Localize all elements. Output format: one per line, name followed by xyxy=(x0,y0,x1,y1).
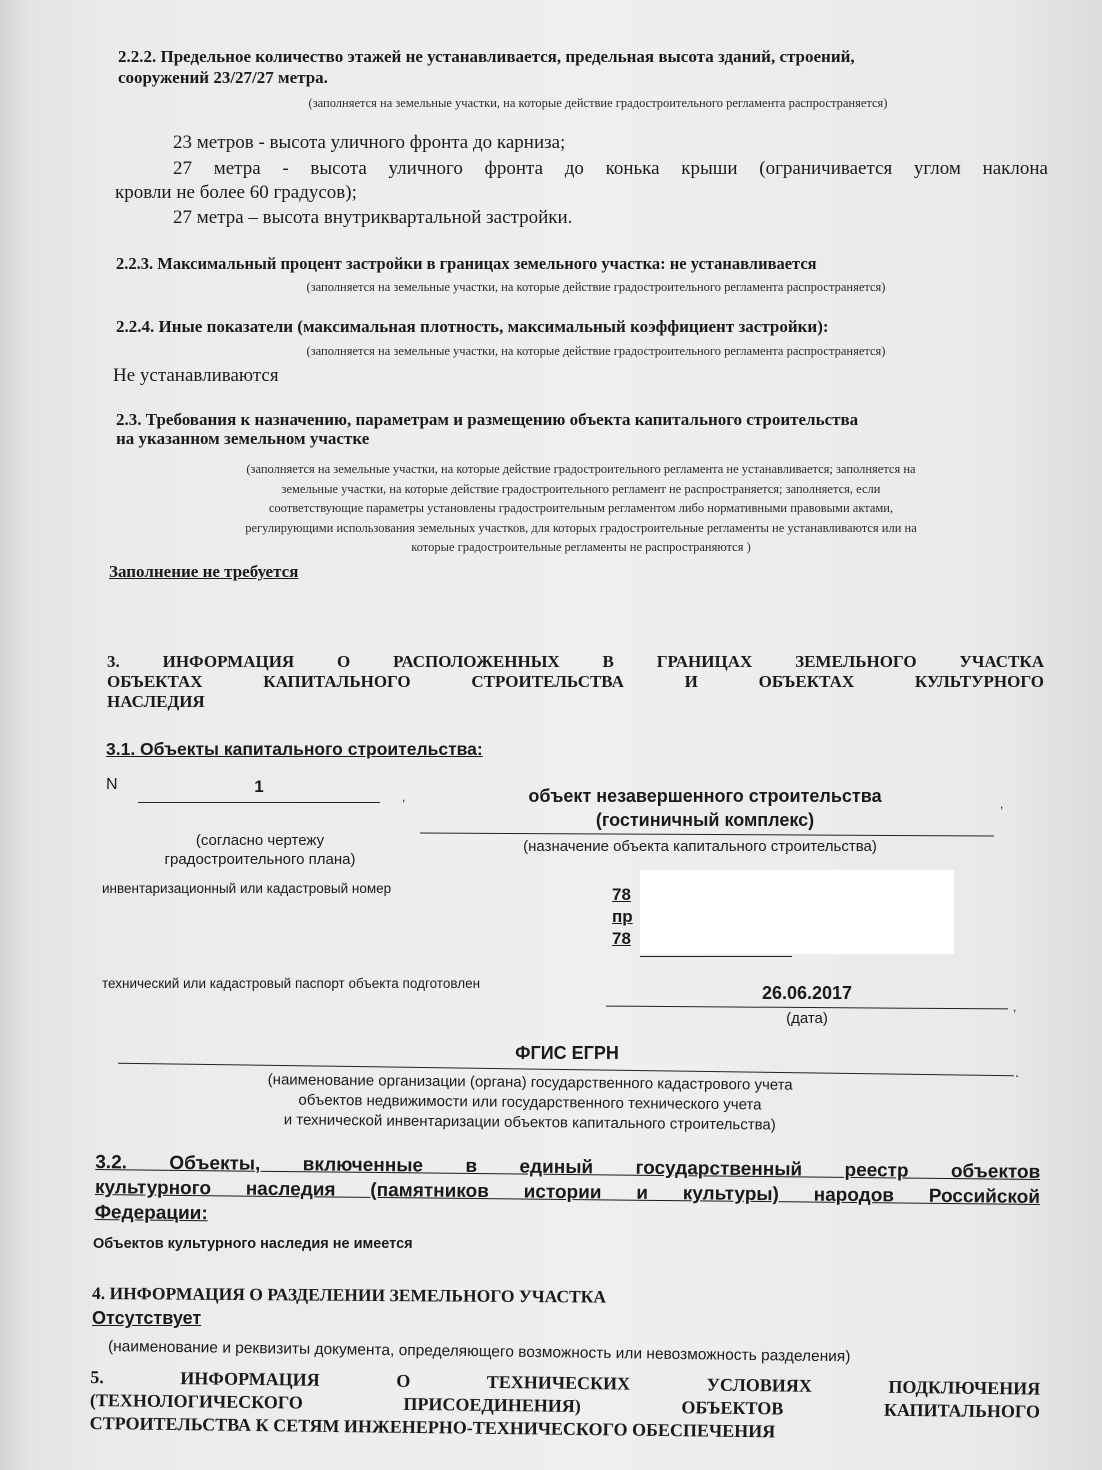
note-line: соответствующие параметры установлены гр… xyxy=(116,499,1046,519)
cadastral-label: инвентаризационный или кадастровый номер xyxy=(102,881,391,896)
n-underline xyxy=(138,802,380,803)
n-note: (согласно чертежу градостроительного пла… xyxy=(110,831,410,869)
section-2-2-4-heading: 2.2.4. Иные показатели (максимальная пло… xyxy=(116,317,829,337)
n-label: N xyxy=(106,776,118,794)
purpose-underline xyxy=(420,832,994,836)
note-line: которые градостроительные регламенты не … xyxy=(116,538,1046,558)
n-value-field: 1 xyxy=(138,777,380,797)
section-5-heading: 5. ИНФОРМАЦИЯ О ТЕХНИЧЕСКИХ УСЛОВИЯХ ПОД… xyxy=(90,1366,1041,1447)
period: . xyxy=(1015,1064,1019,1080)
date-underline xyxy=(606,1006,1008,1010)
section-2-3-value: Заполнение не требуется xyxy=(109,562,298,582)
purpose-line: объект незавершенного строительства xyxy=(420,784,990,808)
comma: , xyxy=(1000,797,1003,811)
section-2-2-2-heading-line2: сооружений 23/27/27 метра. xyxy=(118,68,328,88)
height-item-2: 27 метра - высота уличного фронта до кон… xyxy=(173,158,1048,180)
cadastral-line: 78 xyxy=(612,884,633,906)
section-2-2-2-note: (заполняется на земельные участки, на ко… xyxy=(118,96,1078,111)
heading-line: НАСЛЕДИЯ xyxy=(107,692,1044,712)
heading-line: 3. ИНФОРМАЦИЯ О РАСПОЛОЖЕННЫХ В ГРАНИЦАХ… xyxy=(107,652,1044,672)
section-2-2-4-value: Не устанавливаются xyxy=(113,365,279,387)
note-line: регулирующими использования земельных уч… xyxy=(116,519,1046,539)
note-line: (заполняется на земельные участки, на ко… xyxy=(116,460,1046,480)
org-note: (наименование организации (органа) госуд… xyxy=(170,1069,891,1137)
purpose-line: (гостиничный комплекс) xyxy=(420,808,990,832)
height-item-3: 27 метра – высота внутриквартальной заст… xyxy=(173,207,572,229)
section-2-3-note: (заполняется на земельные участки, на ко… xyxy=(116,460,1046,558)
section-2-2-3-note: (заполняется на земельные участки, на ко… xyxy=(116,280,1076,295)
height-item-1: 23 метров - высота уличного фронта до ка… xyxy=(173,132,565,154)
section-4-heading: 4. ИНФОРМАЦИЯ О РАЗДЕЛЕНИИ ЗЕМЕЛЬНОГО УЧ… xyxy=(92,1283,606,1308)
cadastral-line: 78 xyxy=(612,928,633,950)
cadastral-number: 78 пр 78 xyxy=(612,884,633,950)
section-3-2-value: Объектов культурного наследия не имеется xyxy=(93,1236,413,1252)
section-2-3-heading-line1: 2.3. Требования к назначению, параметрам… xyxy=(116,410,858,430)
passport-label: технический или кадастровый паспорт объе… xyxy=(102,976,480,991)
redaction-box xyxy=(640,870,954,954)
section-3-heading: 3. ИНФОРМАЦИЯ О РАСПОЛОЖЕННЫХ В ГРАНИЦАХ… xyxy=(107,652,1044,712)
comma: , xyxy=(1013,1000,1016,1014)
section-3-2-heading: 3.2. Объекты, включенные в единый госуда… xyxy=(95,1150,1041,1235)
comma: , xyxy=(402,790,405,804)
section-3-1-heading: 3.1. Объекты капитального строительства: xyxy=(106,739,483,760)
note-line: земельные участки, на которые действие г… xyxy=(116,480,1046,500)
org-field: ФГИС ЕГРН xyxy=(118,1043,1016,1064)
height-item-2-cont: кровли не более 60 градусов); xyxy=(115,182,357,204)
section-2-2-4-note: (заполняется на земельные участки, на ко… xyxy=(116,344,1076,359)
heading-line: ОБЪЕКТАХ КАПИТАЛЬНОГО СТРОИТЕЛЬСТВА И ОБ… xyxy=(107,672,1044,692)
note-line: градостроительного плана) xyxy=(110,850,410,869)
passport-date-field: 26.06.2017 xyxy=(606,983,1008,1004)
section-4-note: (наименование и реквизиты документа, опр… xyxy=(108,1338,851,1366)
note-line: (согласно чертежу xyxy=(110,831,410,850)
section-2-2-3-heading: 2.2.3. Максимальный процент застройки в … xyxy=(116,254,817,274)
section-2-2-2-heading-line1: 2.2.2. Предельное количество этажей не у… xyxy=(118,47,855,67)
purpose-note: (назначение объекта капитального строите… xyxy=(420,838,980,855)
purpose-field: объект незавершенного строительства (гос… xyxy=(420,784,990,832)
cadastral-underline xyxy=(640,956,792,957)
cadastral-line: пр xyxy=(612,906,633,928)
section-2-3-heading-line2: на указанном земельном участке xyxy=(116,429,369,449)
section-4-value: Отсутствует xyxy=(92,1308,201,1329)
date-note: (дата) xyxy=(606,1010,1008,1027)
